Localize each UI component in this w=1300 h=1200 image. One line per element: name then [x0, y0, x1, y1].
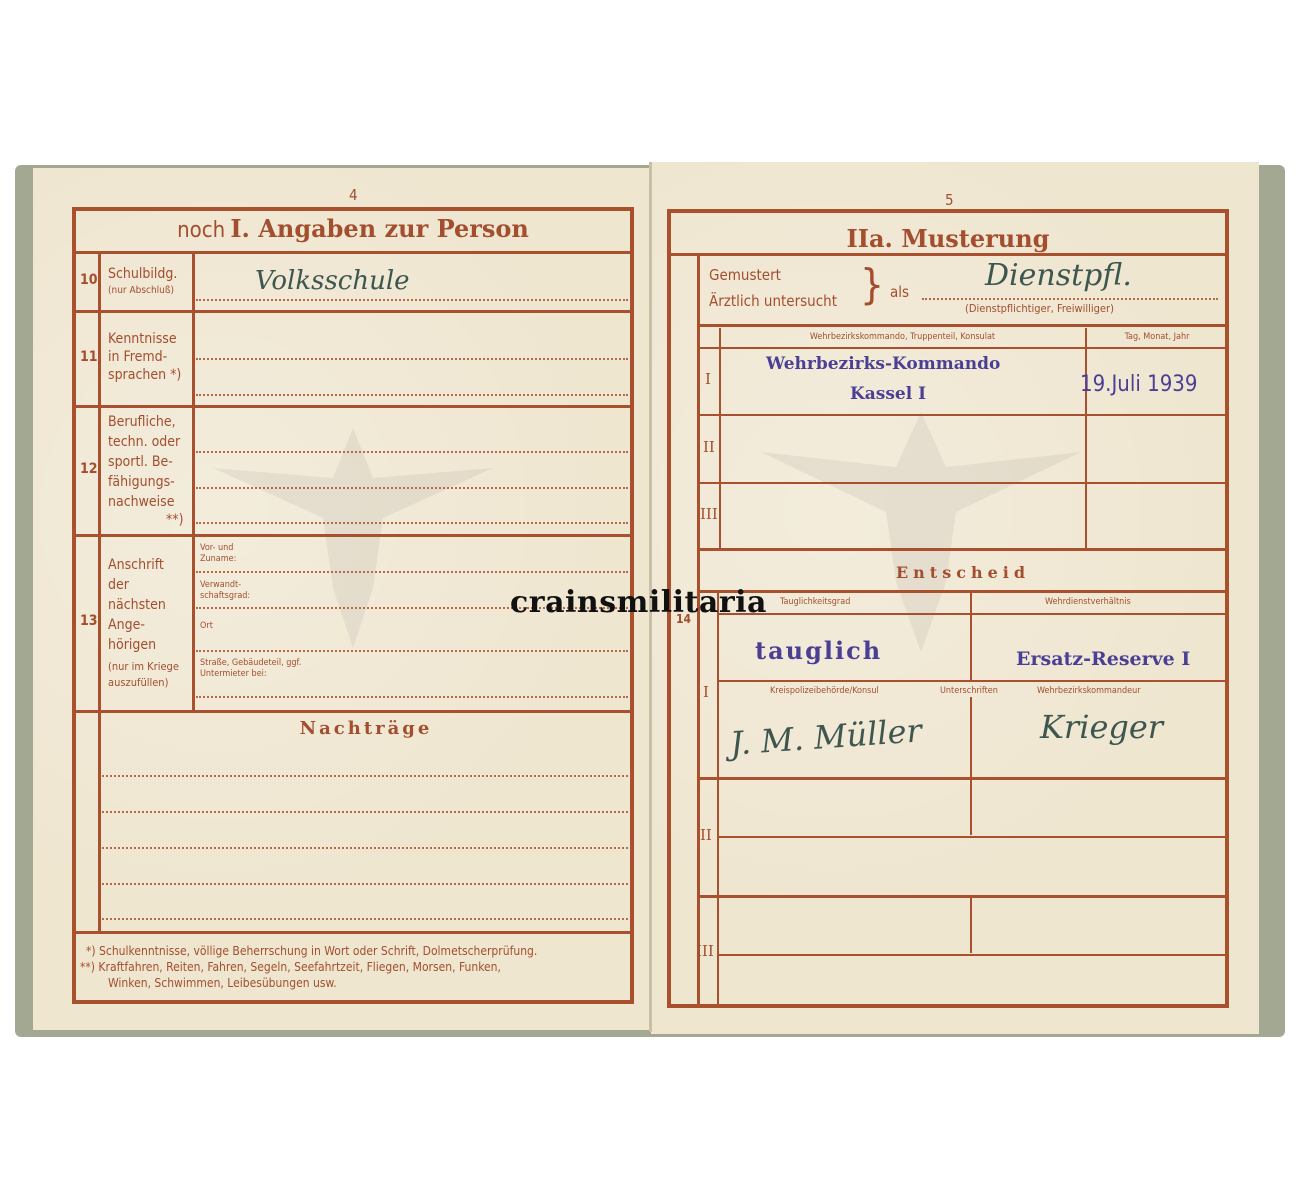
roman-numeral: I [705, 370, 711, 388]
signature-kommandeur: Krieger [1040, 708, 1163, 746]
field-label-relationship: Verwandt-schaftsgrad: [200, 580, 270, 602]
fill-line [196, 571, 628, 573]
field-label-street: Straße, Gebäudeteil, ggf. Untermieter be… [200, 658, 320, 680]
row-label-line: nächsten [108, 596, 166, 614]
roman-numeral: III [696, 942, 714, 960]
fill-line [196, 696, 628, 698]
fill-line [102, 811, 628, 813]
fill-line [196, 358, 628, 360]
wehrdienstverhaeltnis-header: Wehrdienstverhältnis [1045, 597, 1131, 607]
fill-line [196, 299, 628, 301]
page-number-left: 4 [349, 186, 358, 204]
row-label-line: Ange- [108, 616, 145, 634]
field-label-name: Vor- und Zuname: [200, 543, 260, 565]
divider [74, 310, 632, 313]
divider [669, 253, 1227, 256]
row-label-line: Berufliche, [108, 413, 176, 431]
title-prefix: noch [177, 218, 225, 243]
divider [719, 613, 1227, 615]
stamp-tauglichkeitsgrad: tauglich [755, 636, 882, 665]
fill-line [102, 775, 628, 777]
row-label-line: **) [166, 511, 184, 529]
sig-label-unterschriften: Unterschriften [940, 686, 998, 696]
roman-numeral: I [703, 683, 709, 701]
roman-numeral: III [700, 505, 718, 523]
stamp-date: 19.Juli 1939 [1080, 372, 1198, 397]
divider [699, 895, 1227, 898]
divider [719, 954, 1227, 956]
footnote-2: **) Kraftfahren, Reiten, Fahren, Segeln,… [80, 960, 501, 974]
fill-line [102, 847, 628, 849]
divider [98, 253, 101, 933]
roman-numeral: II [703, 438, 715, 456]
handwritten-als-value: Dienstpfl. [985, 258, 1132, 293]
watermark-text: crainsmilitaria [510, 585, 767, 620]
row-number-12: 12 [80, 461, 98, 477]
als-label: als [890, 283, 909, 301]
aerztlich-label: Ärztlich untersucht [709, 292, 837, 310]
divider [970, 779, 972, 835]
als-hint: (Dienstpflichtiger, Freiwilliger) [965, 302, 1114, 315]
fill-line [102, 918, 628, 920]
divider [1085, 328, 1087, 548]
divider [699, 347, 1227, 349]
brace-icon: } [860, 264, 884, 306]
divider [717, 592, 719, 1004]
nachtraege-title: Nachträge [100, 718, 632, 739]
tauglichkeitsgrad-header: Tauglichkeitsgrad [780, 597, 850, 607]
divider [74, 931, 632, 934]
divider [72, 251, 634, 254]
divider [970, 697, 972, 777]
section-title: IIa. Musterung [669, 224, 1227, 253]
row-number-10: 10 [80, 272, 98, 288]
fill-line [196, 487, 628, 489]
gemustert-label: Gemustert [709, 266, 781, 284]
roman-numeral: II [700, 826, 712, 844]
divider [74, 405, 632, 408]
row-label-line: sportl. Be- [108, 453, 173, 471]
fill-line [922, 298, 1218, 300]
row-label-line: fähigungs- [108, 473, 175, 491]
row-label-line: der [108, 576, 129, 594]
entscheid-title: Entscheid [699, 563, 1227, 582]
fill-line [196, 650, 628, 652]
fill-line [196, 394, 628, 396]
row-number-13: 13 [80, 613, 98, 629]
row-label-line: (nur im Kriege [108, 660, 179, 673]
divider [719, 328, 721, 548]
col-header-date: Tag, Monat, Jahr [1088, 332, 1226, 342]
left-page-title: noch I. Angaben zur Person [72, 214, 634, 243]
fill-line [102, 883, 628, 885]
sig-label-kommandeur: Wehrbezirkskommandeur [1037, 686, 1141, 696]
divider [192, 253, 195, 713]
row-label-schulbildung: Schulbildg. [108, 265, 177, 283]
row-label-line: nachweise [108, 493, 174, 511]
divider [970, 897, 972, 953]
divider [719, 836, 1227, 838]
stamp-wehrbezirkskommando: Wehrbezirks-Kommando [766, 354, 1000, 374]
divider [970, 592, 972, 682]
row-number-11: 11 [80, 349, 98, 365]
footnote-1: *) Schulkenntnisse, völlige Beherrschung… [86, 944, 537, 958]
divider [699, 324, 1227, 327]
row-sublabel-schulbildung: (nur Abschluß) [108, 285, 174, 296]
field-label-place: Ort [200, 621, 213, 631]
divider [699, 414, 1227, 416]
sig-label-kreispolizei: Kreispolizeibehörde/Konsul [770, 686, 879, 696]
divider [74, 710, 632, 713]
row-label-line: Anschrift [108, 556, 164, 574]
divider [699, 590, 1227, 593]
divider [699, 777, 1227, 780]
section-title: I. Angaben zur Person [230, 214, 529, 243]
row-label-line: sprachen *) [108, 366, 181, 384]
fill-line [196, 522, 628, 524]
divider [697, 255, 700, 1005]
row-label-line: techn. oder [108, 433, 180, 451]
page-number-right: 5 [945, 191, 954, 209]
handwritten-schulbildung: Volksschule [255, 266, 410, 296]
footnote-2-cont: Winken, Schwimmen, Leibesübungen usw. [108, 976, 337, 990]
row-label-line: Kenntnisse [108, 330, 177, 348]
row-label-line: in Fremd- [108, 348, 167, 366]
divider [719, 680, 1227, 682]
col-header-wehrbezirk: Wehrbezirkskommando, Truppenteil, Konsul… [720, 332, 1085, 342]
divider [74, 534, 632, 537]
fill-line [196, 451, 628, 453]
divider [699, 482, 1227, 484]
divider [699, 548, 1227, 551]
stamp-kassel: Kassel I [850, 384, 926, 404]
row-label-line: auszufüllen) [108, 676, 168, 689]
stamp-wehrdienstverhaeltnis: Ersatz-Reserve I [1016, 648, 1190, 670]
row-label-line: hörigen [108, 636, 156, 654]
